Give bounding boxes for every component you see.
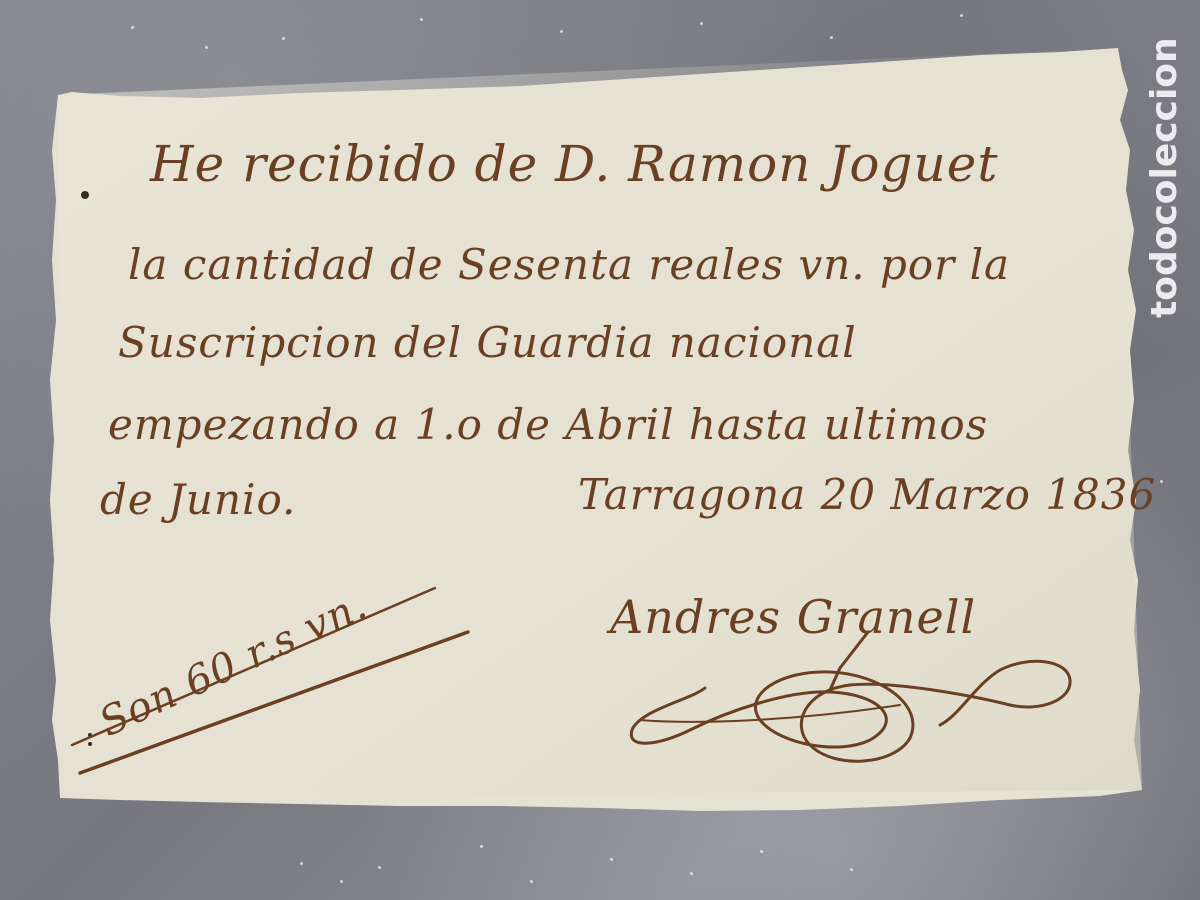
receipt-line-3: Suscripcion del Guardia nacional [118,318,857,367]
receipt-line-1: He recibido de D. Ramon Joguet [150,135,998,193]
receipt-line-2: la cantidad de Sesenta reales vn. por la [128,240,1010,289]
receipt-line-4: empezando a 1.o de Abril hasta ultimos [108,400,988,449]
signature: Andres Granell [610,590,976,644]
place-and-date: Tarragona 20 Marzo 1836 [578,470,1156,519]
receipt-line-5: de Junio. [100,475,296,524]
ink-dot [81,191,89,199]
watermark-text: todocoleccion [1144,37,1185,318]
